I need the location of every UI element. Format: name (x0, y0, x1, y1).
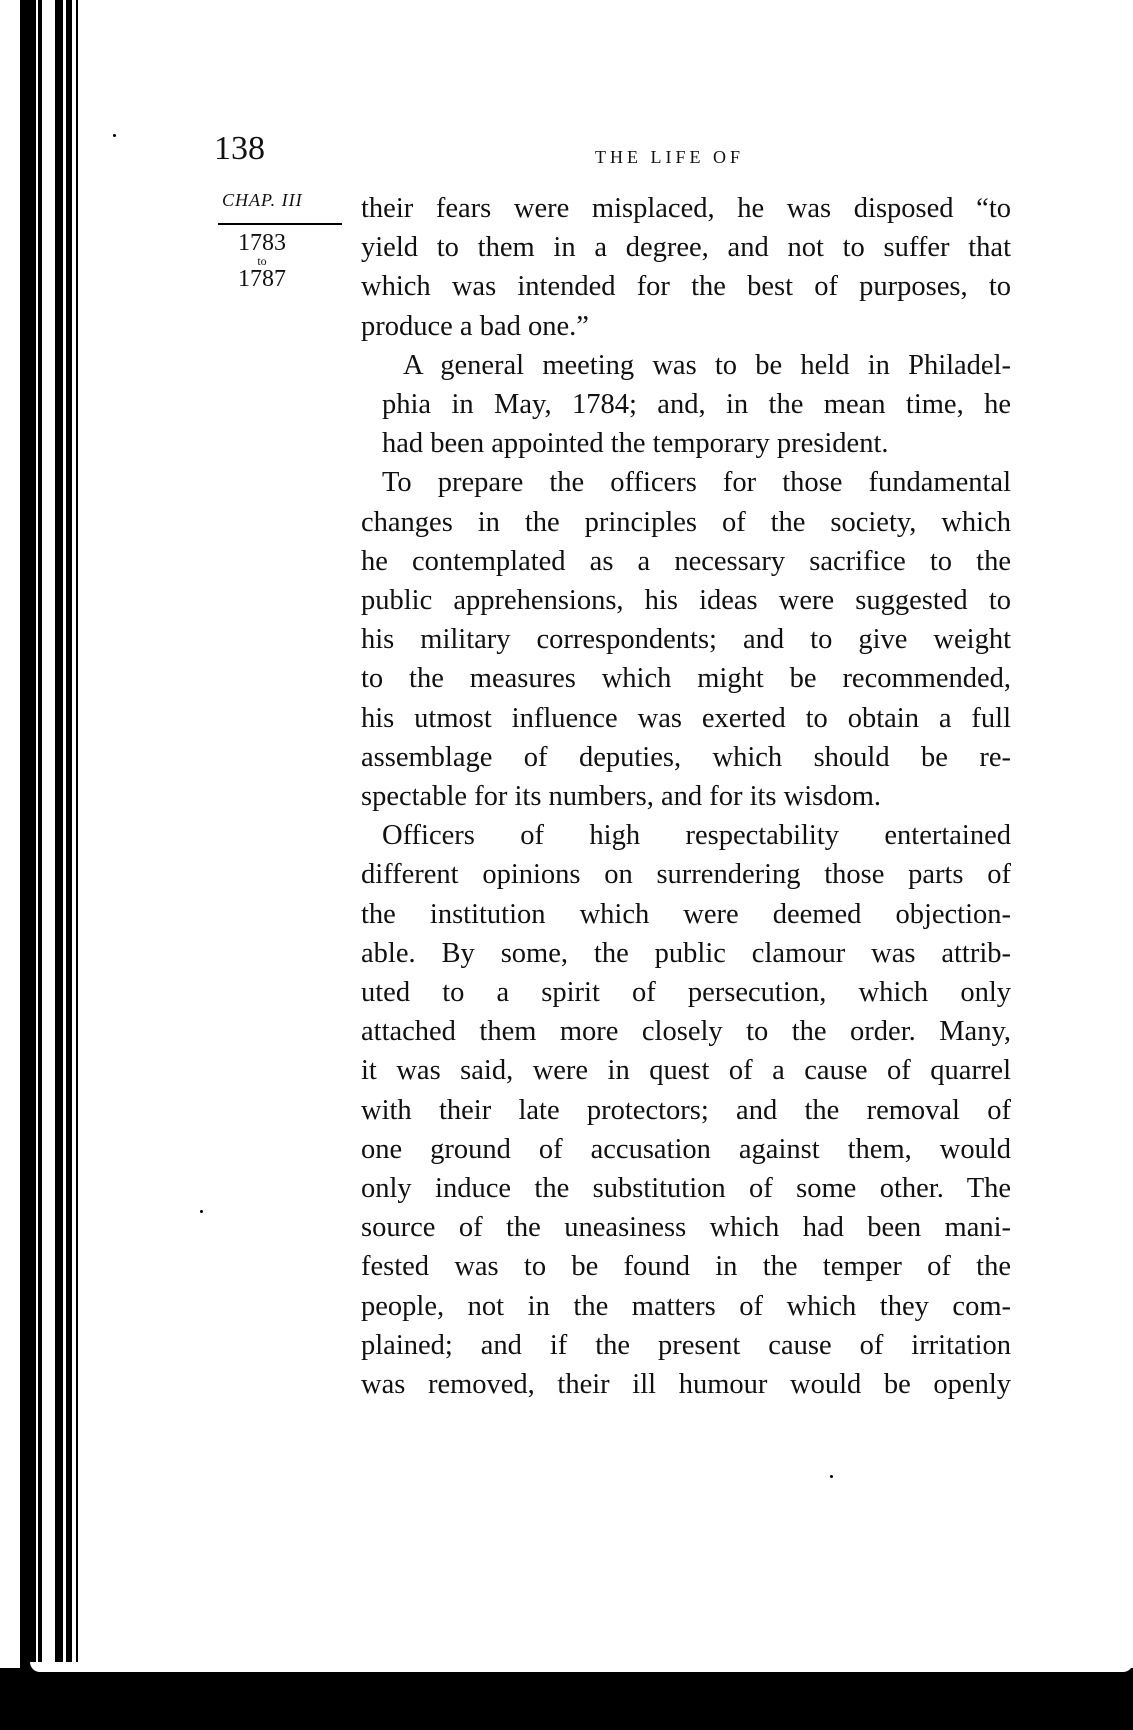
text-line: which was intended for the best of purpo… (361, 267, 1011, 306)
year-start: 1783 (182, 231, 342, 255)
text-line: people, not in the matters of which they… (361, 1287, 1011, 1326)
text-line: yield to them in a degree, and not to su… (361, 228, 1011, 267)
text-line: had been appointed the temporary preside… (361, 424, 1011, 463)
paragraph: To prepare the officers for those fundam… (361, 463, 1011, 816)
paragraph: Officers of high respectability entertai… (361, 816, 1011, 1404)
text-line: To prepare the officers for those fundam… (361, 463, 1011, 502)
text-line: Officers of high respectability entertai… (361, 816, 1011, 855)
text-line: phia in May, 1784; and, in the mean time… (361, 385, 1011, 424)
text-line: the institution which were deemed object… (361, 895, 1011, 934)
margin-note: CHAP. III 1783 to 1787 (222, 190, 342, 291)
scan-speck (830, 1475, 833, 1478)
year-end: 1787 (182, 267, 342, 291)
text-line: produce a bad one.” (361, 307, 1011, 346)
text-line: their fears were misplaced, he was dispo… (361, 189, 1011, 228)
text-line: was removed, their ill humour would be o… (361, 1365, 1011, 1404)
text-line: assemblage of deputies, which should be … (361, 738, 1011, 777)
text-line: one ground of accusation against them, w… (361, 1130, 1011, 1169)
text-line: his utmost influence was exerted to obta… (361, 699, 1011, 738)
text-line: fested was to be found in the temper of … (361, 1247, 1011, 1286)
running-head: THE LIFE OF (595, 147, 744, 168)
text-line: source of the uneasiness which had been … (361, 1208, 1011, 1247)
margin-rule (218, 223, 342, 225)
text-line: different opinions on surrendering those… (361, 855, 1011, 894)
text-line: spectable for its numbers, and for its w… (361, 777, 1011, 816)
text-line: he contemplated as a necessary sacrifice… (361, 542, 1011, 581)
scan-speck (200, 1210, 203, 1213)
text-line: his military correspondents; and to give… (361, 620, 1011, 659)
text-line: uted to a spirit of persecution, which o… (361, 973, 1011, 1012)
body-text: their fears were misplaced, he was dispo… (361, 189, 1011, 1404)
scan-speck (113, 134, 116, 137)
scan-bottom-edge (0, 1668, 1133, 1730)
text-line: attached them more closely to the order.… (361, 1012, 1011, 1051)
paragraph: A general meeting was to be held in Phil… (361, 346, 1011, 464)
text-line: able. By some, the public clamour was at… (361, 934, 1011, 973)
text-line: it was said, were in quest of a cause of… (361, 1051, 1011, 1090)
page-number: 138 (214, 130, 265, 168)
text-line: changes in the principles of the society… (361, 503, 1011, 542)
book-binding-shadow (0, 0, 72, 1700)
text-line: with their late protectors; and the remo… (361, 1091, 1011, 1130)
text-line: public apprehensions, his ideas were sug… (361, 581, 1011, 620)
chapter-label: CHAP. III (222, 190, 342, 211)
text-line: only induce the substitution of some oth… (361, 1169, 1011, 1208)
text-line: plained; and if the present cause of irr… (361, 1326, 1011, 1365)
paragraph: their fears were misplaced, he was dispo… (361, 189, 1011, 346)
text-line: to the measures which might be recommend… (361, 659, 1011, 698)
text-line: A general meeting was to be held in Phil… (361, 346, 1011, 385)
